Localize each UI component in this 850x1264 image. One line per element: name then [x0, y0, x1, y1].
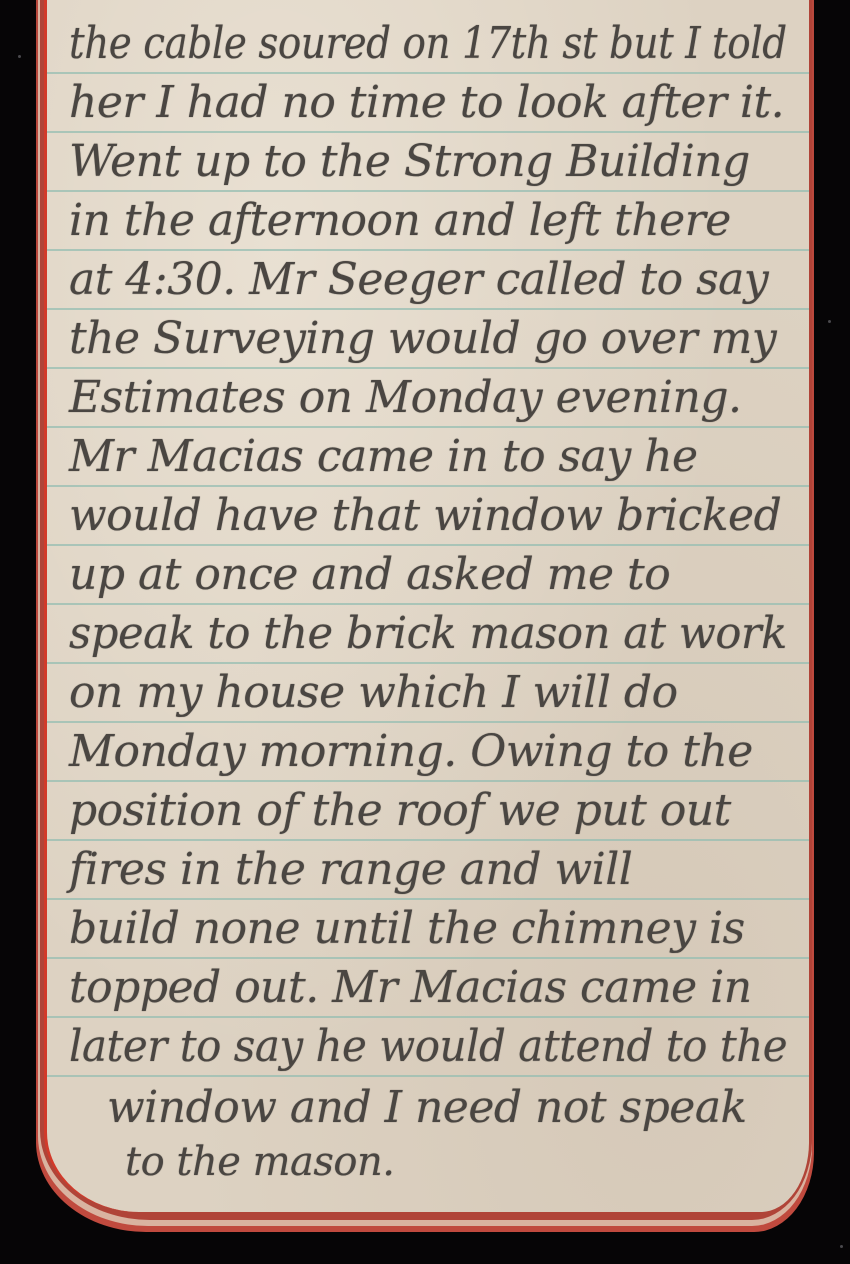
handwritten-line: up at once and asked me to — [69, 553, 670, 597]
handwritten-line: Estimates on Monday evening. — [69, 376, 741, 420]
dust-speck — [840, 1245, 843, 1248]
handwritten-line: in the afternoon and left there — [69, 199, 731, 243]
dust-speck — [18, 55, 21, 58]
ruled-line — [47, 662, 809, 664]
handwritten-line: on my house which I will do — [69, 671, 678, 715]
handwritten-line: Monday morning. Owing to the — [69, 730, 753, 774]
ruled-line — [47, 721, 809, 723]
handwritten-line: fires in the range and will — [69, 848, 632, 892]
handwritten-line: speak to the brick mason at work — [69, 612, 787, 656]
handwritten-line: later to say he would attend to the — [69, 1025, 787, 1069]
handwritten-line: at 4:30. Mr Seeger called to say — [69, 258, 768, 302]
ruled-line — [47, 485, 809, 487]
handwritten-line: position of the roof we put out — [69, 789, 731, 833]
handwritten-line: would have that window bricked — [69, 494, 781, 538]
ruled-line — [47, 308, 809, 310]
handwritten-line: topped out. Mr Macias came in — [69, 966, 752, 1010]
dust-speck — [828, 320, 831, 323]
ruled-line — [47, 780, 809, 782]
ruled-line — [47, 603, 809, 605]
ruled-line — [47, 249, 809, 251]
handwritten-line: the cable soured on 17th st but I told — [69, 22, 787, 66]
ruled-line — [47, 367, 809, 369]
ruled-line — [47, 131, 809, 133]
handwritten-line: to the mason. — [125, 1142, 394, 1182]
ruled-line — [47, 426, 809, 428]
handwritten-line: build none until the chimney is — [69, 907, 745, 951]
handwritten-line: Went up to the Strong Building — [69, 140, 750, 184]
ruled-line — [47, 898, 809, 900]
notebook-photo: the cable soured on 17th st but I told h… — [0, 0, 850, 1264]
handwritten-line: the Surveying would go over my — [69, 317, 776, 361]
ruled-line — [47, 957, 809, 959]
notebook-page: the cable soured on 17th st but I told h… — [44, 0, 809, 1212]
ruled-line — [47, 72, 809, 74]
handwritten-line: Mr Macias came in to say he — [69, 435, 698, 479]
ruled-line — [47, 1016, 809, 1018]
handwritten-line: her I had no time to look after it. — [69, 81, 784, 125]
handwritten-line: window and I need not speak — [107, 1086, 747, 1130]
ruled-line — [47, 839, 809, 841]
ruled-line — [47, 544, 809, 546]
ruled-line — [47, 190, 809, 192]
ruled-line — [47, 1075, 809, 1077]
